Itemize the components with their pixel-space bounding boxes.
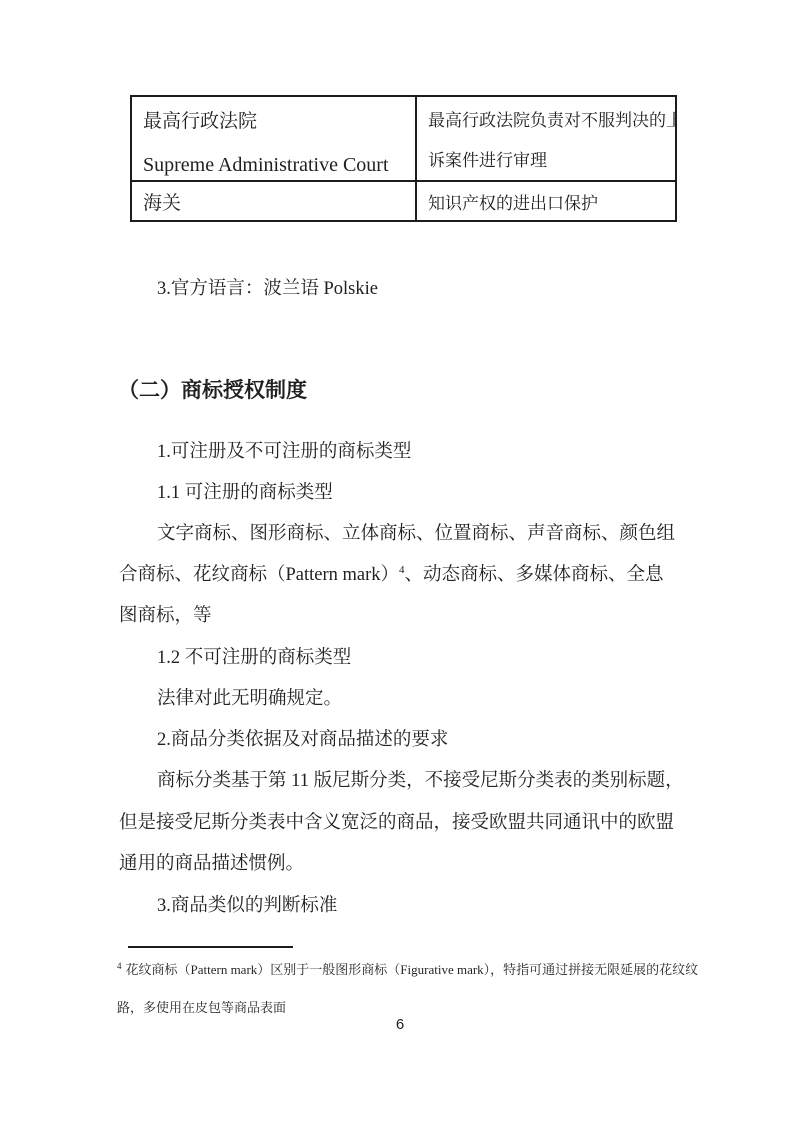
body-line: 但是接受尼斯分类表中含义宽泛的商品，接受欧盟共同通讯中的欧盟 <box>119 811 674 835</box>
authority-name-cn: 海关 <box>143 186 405 220</box>
duty-line: 知识产权的进出口保护 <box>428 186 665 220</box>
official-language-line: 3.官方语言：波兰语 Polskie <box>157 277 378 301</box>
page-number: 6 <box>0 1016 800 1033</box>
footnote-text: 花纹商标（Pattern mark）区别于一般图形商标（Figurative m… <box>126 962 699 977</box>
footnote-line: 路，多使用在皮包等商品表面 <box>117 999 286 1016</box>
table-cell-customs: 海关 <box>132 182 417 220</box>
document-page: 最高行政法院 Supreme Administrative Court 最高行政… <box>0 0 800 1131</box>
body-line-segment: 、动态商标、多媒体商标、全息 <box>405 565 664 585</box>
body-line: 3.商品类似的判断标准 <box>157 894 337 918</box>
footnote-marker: 4 <box>117 961 122 971</box>
body-line-segment: 合商标、花纹商标（Pattern mark） <box>119 565 399 585</box>
authority-table: 最高行政法院 Supreme Administrative Court 最高行政… <box>130 95 677 222</box>
table-cell-customs-duty: 知识产权的进出口保护 <box>417 182 675 220</box>
body-line: 图商标，等 <box>119 604 212 628</box>
authority-name-cn: 最高行政法院 <box>143 101 405 143</box>
body-line: 法律对此无明确规定。 <box>157 687 342 711</box>
footnote-separator <box>128 946 293 948</box>
duty-line: 最高行政法院负责对不服判决的上 <box>428 101 665 141</box>
body-line: 1.1 可注册的商标类型 <box>157 481 333 505</box>
authority-name-en: Supreme Administrative Court <box>143 143 405 182</box>
body-line: 1.可注册及不可注册的商标类型 <box>157 440 411 464</box>
footnote-line: 4花纹商标（Pattern mark）区别于一般图形商标（Figurative … <box>117 961 698 978</box>
section-heading: （二）商标授权制度 <box>118 374 307 404</box>
table-cell-supreme-court: 最高行政法院 Supreme Administrative Court <box>132 97 417 182</box>
body-line-with-footnote-ref: 合商标、花纹商标（Pattern mark）4、动态商标、多媒体商标、全息 <box>119 563 664 587</box>
body-line: 文字商标、图形商标、立体商标、位置商标、声音商标、颜色组 <box>157 522 675 546</box>
table-cell-supreme-court-duty: 最高行政法院负责对不服判决的上 诉案件进行审理 <box>417 97 675 182</box>
body-line: 1.2 不可注册的商标类型 <box>157 646 351 670</box>
duty-line: 诉案件进行审理 <box>428 141 665 181</box>
body-line: 2.商品分类依据及对商品描述的要求 <box>157 728 448 752</box>
body-line: 商标分类基于第 11 版尼斯分类，不接受尼斯分类表的类别标题， <box>157 769 684 793</box>
body-line: 通用的商品描述惯例。 <box>119 852 304 876</box>
